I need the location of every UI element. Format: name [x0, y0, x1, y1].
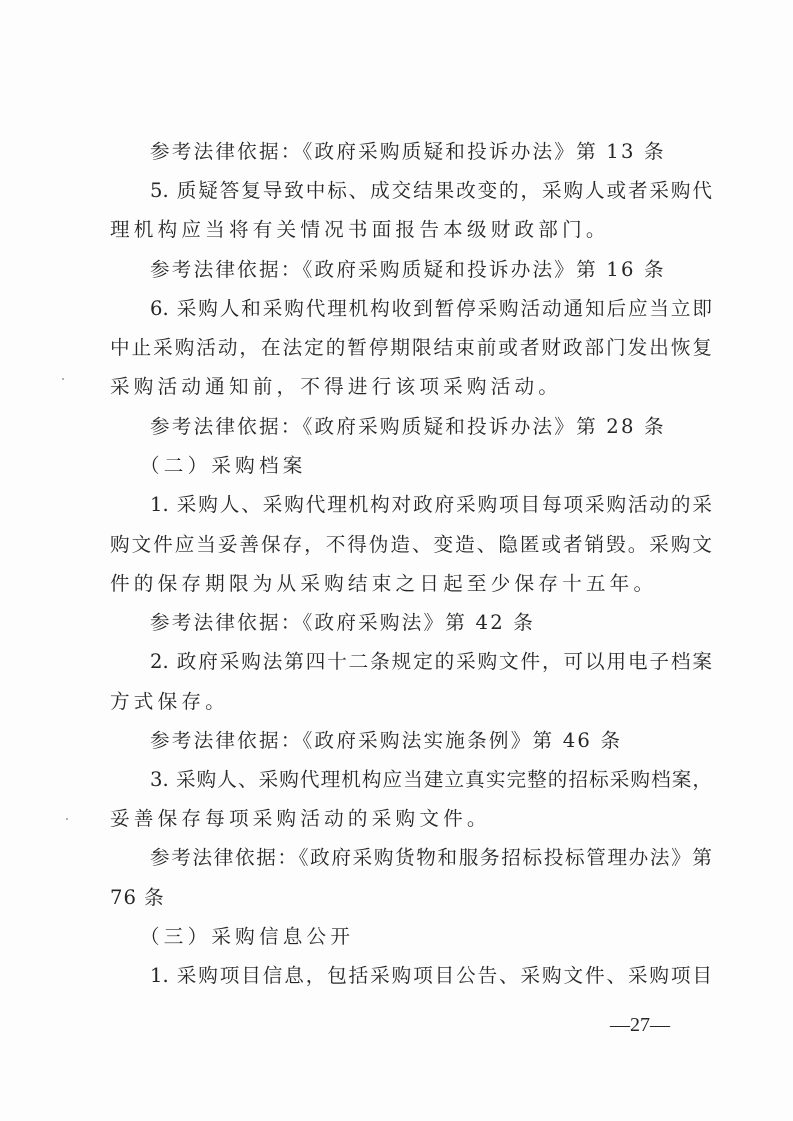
archives-item-3-line-1: 3. 采购人、采购代理机构应当建立真实完整的招标采购档案，: [150, 765, 712, 795]
legal-reference-line: 参考法律依据：《政府采购质疑和投诉办法》第 16 条: [150, 255, 712, 285]
legal-reference-line: 参考法律依据：《政府采购质疑和投诉办法》第 13 条: [150, 137, 712, 167]
archives-item-3-line-2: 妥善保存每项采购活动的采购文件。: [110, 804, 712, 834]
scan-speck: [62, 378, 64, 380]
archives-item-1-line-2: 购文件应当妥善保存，不得伪造、变造、隐匿或者销毁。采购文: [110, 530, 712, 560]
page-number: —27—: [600, 1010, 680, 1040]
document-page: 参考法律依据：《政府采购质疑和投诉办法》第 13 条 5. 质疑答复导致中标、成…: [0, 0, 793, 1121]
list-item-6-line-3: 采购活动通知前，不得进行该项采购活动。: [110, 372, 712, 402]
legal-reference-line: 参考法律依据：《政府采购质疑和投诉办法》第 28 条: [150, 412, 712, 442]
legal-reference-line: 参考法律依据：《政府采购法实施条例》第 46 条: [150, 726, 712, 756]
disclosure-item-1-line-1: 1. 采购项目信息，包括采购项目公告、采购文件、采购项目: [150, 961, 712, 991]
scan-speck: [66, 818, 68, 820]
legal-reference-line: 参考法律依据：《政府采购法》第 42 条: [150, 608, 712, 638]
list-item-5-line-2: 理机构应当将有关情况书面报告本级财政部门。: [110, 215, 712, 245]
archives-item-2-line-1: 2. 政府采购法第四十二条规定的采购文件，可以用电子档案: [150, 647, 712, 677]
archives-item-2-line-2: 方式保存。: [110, 687, 712, 717]
section-heading-archives: （二）采购档案: [140, 451, 702, 481]
list-item-5-line-1: 5. 质疑答复导致中标、成交结果改变的，采购人或者采购代: [150, 176, 712, 206]
section-heading-info-disclosure: （三）采购信息公开: [140, 922, 702, 952]
legal-reference-line: 参考法律依据：《政府采购货物和服务招标投标管理办法》第: [150, 843, 712, 873]
legal-reference-line-cont: 76 条: [110, 883, 712, 913]
list-item-6-line-2: 中止采购活动，在法定的暂停期限结束前或者财政部门发出恢复: [110, 333, 712, 363]
archives-item-1-line-3: 件的保存期限为从采购结束之日起至少保存十五年。: [110, 569, 712, 599]
archives-item-1-line-1: 1. 采购人、采购代理机构对政府采购项目每项采购活动的采: [150, 490, 712, 520]
list-item-6-line-1: 6. 采购人和采购代理机构收到暂停采购活动通知后应当立即: [150, 294, 712, 324]
